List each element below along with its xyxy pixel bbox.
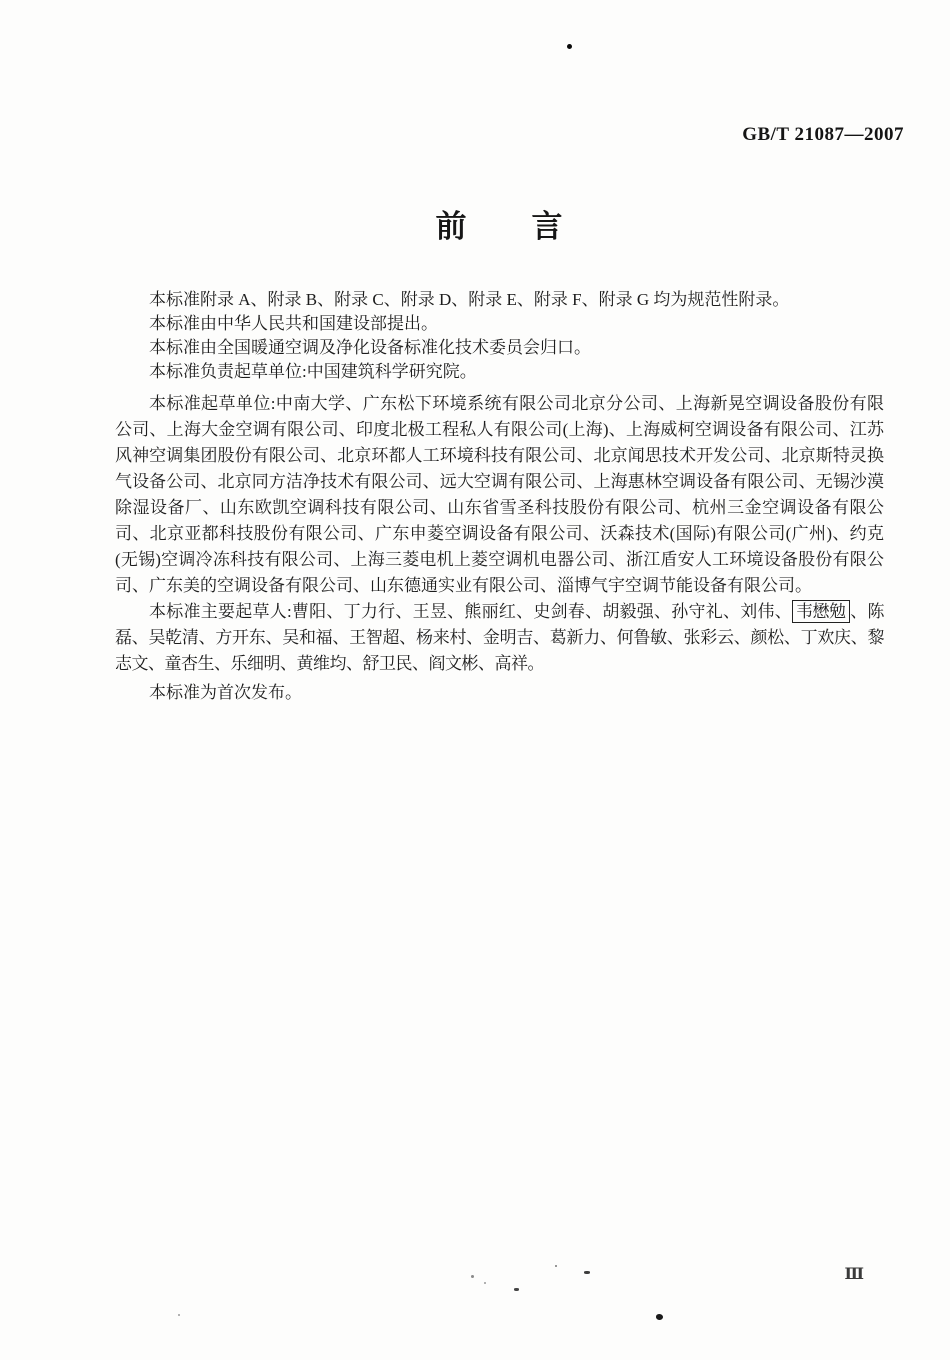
scan-artifact-dot [514, 1288, 519, 1291]
scan-artifact-dot [584, 1271, 590, 1274]
intro-paragraphs: 本标准附录 A、附录 B、附录 C、附录 D、附录 E、附录 F、附录 G 均为… [115, 288, 884, 384]
scan-artifact-dot [555, 1265, 557, 1267]
standard-number: GB/T 21087—2007 [742, 124, 904, 146]
scan-artifact-dot [567, 44, 572, 49]
paragraph-appendices: 本标准附录 A、附录 B、附录 C、附录 D、附录 E、附录 F、附录 G 均为… [115, 288, 884, 312]
scan-artifact-dot [178, 1314, 180, 1316]
scan-artifact-dot [484, 1282, 486, 1284]
paragraph-first-publication: 本标准为首次发布。 [115, 680, 884, 706]
scan-artifact-dot [471, 1275, 474, 1278]
paragraph-drafters: 本标准主要起草人:曹阳、丁力行、王昱、熊丽红、史剑春、胡毅强、孙守礼、刘伟、韦懋… [115, 599, 884, 677]
paragraph-chief-drafting-org: 本标准负责起草单位:中国建筑科学研究院。 [115, 360, 884, 384]
boxed-drafter-name: 韦懋勉 [792, 600, 850, 623]
drafters-text: 本标准主要起草人:曹阳、丁力行、王昱、熊丽红、史剑春、胡毅强、孙守礼、刘伟、 [149, 602, 792, 621]
foreword-body: 本标准附录 A、附录 B、附录 C、附录 D、附录 E、附录 F、附录 G 均为… [115, 288, 884, 706]
document-page: GB/T 21087—2007 前 言 本标准附录 A、附录 B、附录 C、附录… [0, 0, 950, 1360]
main-paragraphs: 本标准起草单位:中南大学、广东松下环境系统有限公司北京分公司、上海新晃空调设备股… [115, 391, 884, 706]
page-number: Ⅲ [845, 1264, 864, 1284]
scan-artifact-dot [656, 1314, 663, 1320]
paragraph-proposed-by: 本标准由中华人民共和国建设部提出。 [115, 312, 884, 336]
paragraph-centralized-by: 本标准由全国暖通空调及净化设备标准化技术委员会归口。 [115, 336, 884, 360]
page-title: 前 言 [115, 201, 884, 246]
paragraph-drafting-orgs: 本标准起草单位:中南大学、广东松下环境系统有限公司北京分公司、上海新晃空调设备股… [115, 391, 884, 599]
